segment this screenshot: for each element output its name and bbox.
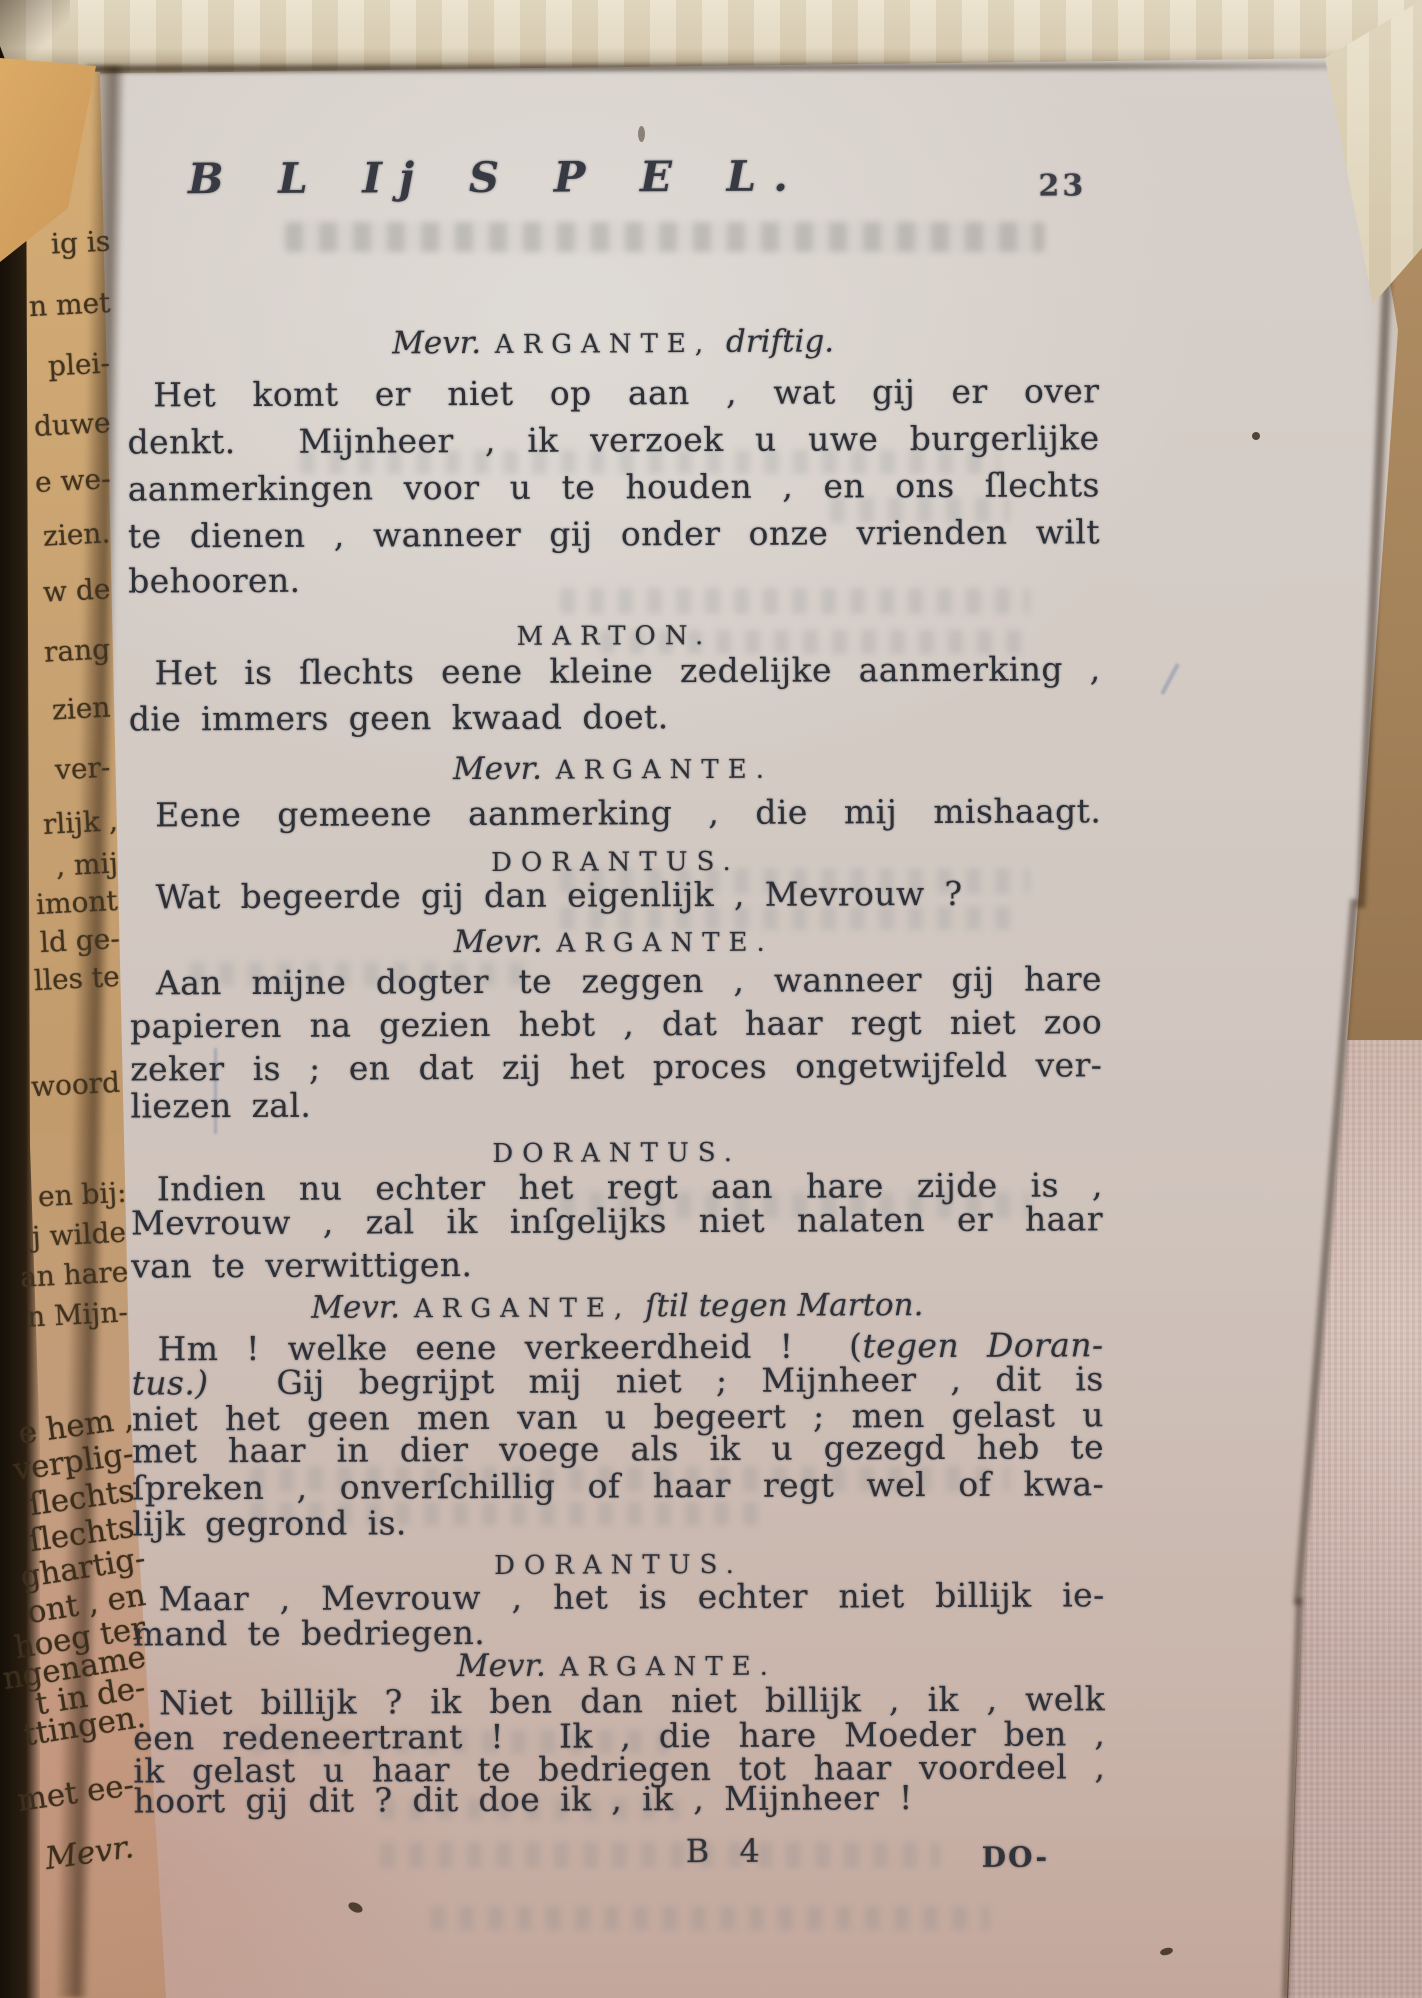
body-line: liezen zal. (130, 1079, 1102, 1129)
page-content: B L Ij S P E L. 23 Mevr. ARGANTE, drifti… (0, 0, 1422, 1998)
body-line: te dienen , wanneer gij onder onze vrien… (128, 509, 1100, 559)
signature-mark: B 4 (686, 1832, 770, 1870)
speaker-heading: Mevr. ARGANTE, driftig. (127, 318, 1099, 366)
running-title: B L Ij S P E L. (126, 151, 866, 203)
body-line: Eene gemeene aanmerking , die mij mishaa… (129, 788, 1101, 838)
body-line: Het is ſlechts eene kleine zedelijke aan… (128, 646, 1100, 696)
body-line: Wat begeerde gij dan eigenlijk , Mevrouw… (129, 870, 1101, 920)
catchword: DO- (982, 1841, 1049, 1874)
book-photo: ig is n met plei- duwe e we- zien. w de … (0, 0, 1422, 1998)
body-line: aanmerkingen voor u te houden , en ons ſ… (128, 462, 1100, 512)
body-line: behooren. (128, 554, 1100, 604)
speaker-heading: Mevr. ARGANTE. (129, 744, 1101, 792)
body-line: die immers geen kwaad doet. (129, 692, 1101, 742)
body-line: hoort gij dit ? dit doe ik , ik , Mijnhe… (133, 1774, 1105, 1824)
page-number: 23 (1038, 168, 1086, 203)
body-line: Het komt er niet op aan , wat gij er ove… (127, 368, 1099, 418)
body-line: denkt. Mijnheer , ik verzoek u uwe burge… (127, 415, 1099, 465)
